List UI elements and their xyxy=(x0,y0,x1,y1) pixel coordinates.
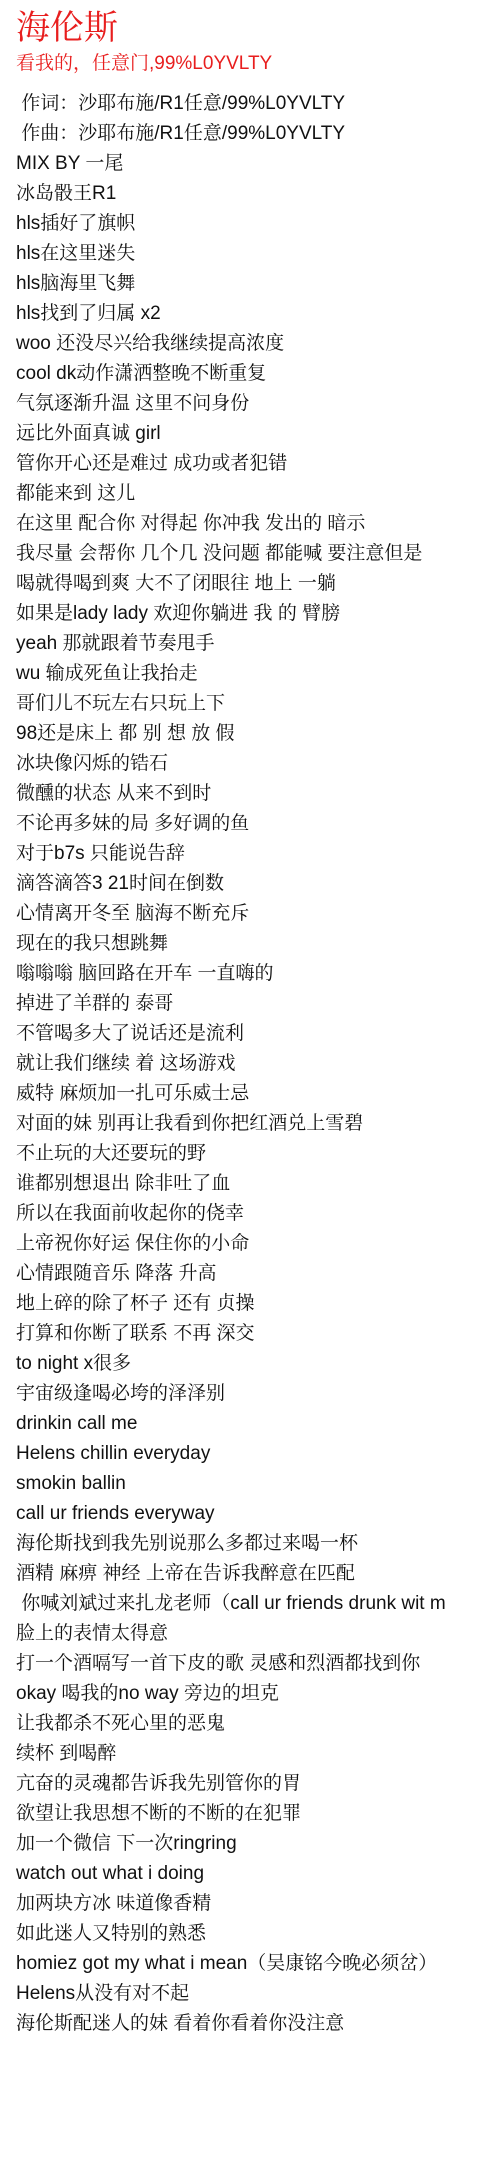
lyric-line: 哥们儿不玩左右只玩上下 xyxy=(16,689,500,719)
lyric-line: 心情离开冬至 脑海不断充斥 xyxy=(16,899,500,929)
lyrics-list: 作词：沙耶布施/R1任意/99%L0YVLTY 作曲：沙耶布施/R1任意/99%… xyxy=(16,89,500,2039)
lyric-line: 作词：沙耶布施/R1任意/99%L0YVLTY xyxy=(16,89,500,119)
lyric-line: 不管喝多大了说话还是流利 xyxy=(16,1019,500,1049)
lyric-line: 谁都别想退出 除非吐了血 xyxy=(16,1169,500,1199)
lyric-line: homiez got my what i mean（吴康铭今晚必须岔） xyxy=(16,1949,500,1979)
lyric-line: 威特 麻烦加一扎可乐威士忌 xyxy=(16,1079,500,1109)
lyric-line: 我尽量 会帮你 几个几 没问题 都能喊 要注意但是 xyxy=(16,539,500,569)
lyric-line: smokin ballin xyxy=(16,1469,500,1499)
lyric-line: 亢奋的灵魂都告诉我先别管你的胃 xyxy=(16,1769,500,1799)
lyric-line: 现在的我只想跳舞 xyxy=(16,929,500,959)
lyric-line: to night x很多 xyxy=(16,1349,500,1379)
lyric-line: 管你开心还是难过 成功或者犯错 xyxy=(16,449,500,479)
lyric-line: 作曲：沙耶布施/R1任意/99%L0YVLTY xyxy=(16,119,500,149)
lyric-line: 微醺的状态 从来不到时 xyxy=(16,779,500,809)
lyric-line: Helens chillin everyday xyxy=(16,1439,500,1469)
lyric-line: hls插好了旗帜 xyxy=(16,209,500,239)
lyric-line: 不止玩的大还要玩的野 xyxy=(16,1139,500,1169)
lyric-line: 打一个酒嗝写一首下皮的歌 灵感和烈酒都找到你 xyxy=(16,1649,500,1679)
lyric-line: 远比外面真诚 girl xyxy=(16,419,500,449)
lyric-line: cool dk动作潇洒整晚不断重复 xyxy=(16,359,500,389)
lyric-line: 上帝祝你好运 保住你的小命 xyxy=(16,1229,500,1259)
lyric-line: hls找到了归属 x2 xyxy=(16,299,500,329)
lyric-line: 让我都杀不死心里的恶鬼 xyxy=(16,1709,500,1739)
lyric-line: call ur friends everyway xyxy=(16,1499,500,1529)
lyric-line: 海伦斯找到我先别说那么多都过来喝一杯 xyxy=(16,1529,500,1559)
lyric-line: 打算和你断了联系 不再 深交 xyxy=(16,1319,500,1349)
lyric-line: 加一个微信 下一次ringring xyxy=(16,1829,500,1859)
lyric-line: woo 还没尽兴给我继续提高浓度 xyxy=(16,329,500,359)
lyric-line: 98还是床上 都 别 想 放 假 xyxy=(16,719,500,749)
lyric-line: hls脑海里飞舞 xyxy=(16,269,500,299)
lyric-line: 掉进了羊群的 泰哥 xyxy=(16,989,500,1019)
lyric-line: 对面的妹 别再让我看到你把红酒兑上雪碧 xyxy=(16,1109,500,1139)
lyric-line: 心情跟随音乐 降落 升高 xyxy=(16,1259,500,1289)
lyric-line: 所以在我面前收起你的侥幸 xyxy=(16,1199,500,1229)
lyric-line: 不论再多妹的局 多好调的鱼 xyxy=(16,809,500,839)
lyric-line: 加两块方冰 味道像香精 xyxy=(16,1889,500,1919)
lyric-line: 就让我们继续 着 这场游戏 xyxy=(16,1049,500,1079)
lyric-line: yeah 那就跟着节奏甩手 xyxy=(16,629,500,659)
lyric-line: 宇宙级逢喝必垮的泽泽别 xyxy=(16,1379,500,1409)
lyric-line: okay 喝我的no way 旁边的坦克 xyxy=(16,1679,500,1709)
lyric-line: 喝就得喝到爽 大不了闭眼往 地上 一躺 xyxy=(16,569,500,599)
lyric-line: MIX BY 一尾 xyxy=(16,149,500,179)
lyric-line: 欲望让我思想不断的不断的在犯罪 xyxy=(16,1799,500,1829)
lyric-line: 在这里 配合你 对得起 你冲我 发出的 暗示 xyxy=(16,509,500,539)
lyric-line: 冰岛骰王R1 xyxy=(16,179,500,209)
lyric-line: 脸上的表情太得意 xyxy=(16,1619,500,1649)
lyric-line: 如此迷人又特别的熟悉 xyxy=(16,1919,500,1949)
lyric-line: 地上碎的除了杯子 还有 贞操 xyxy=(16,1289,500,1319)
song-title: 海伦斯 xyxy=(16,6,500,50)
lyric-line: watch out what i doing xyxy=(16,1859,500,1889)
lyric-line: 都能来到 这儿 xyxy=(16,479,500,509)
lyric-line: wu 输成死鱼让我抬走 xyxy=(16,659,500,689)
lyric-line: 酒精 麻痹 神经 上帝在告诉我醉意在匹配 xyxy=(16,1559,500,1589)
lyric-line: 气氛逐渐升温 这里不问身份 xyxy=(16,389,500,419)
lyric-line: 海伦斯配迷人的妹 看着你看着你没注意 xyxy=(16,2009,500,2039)
lyric-line: 滴答滴答3 21时间在倒数 xyxy=(16,869,500,899)
song-subtitle: 看我的，任意门,99%L0YVLTY xyxy=(16,50,500,77)
lyrics-page: 海伦斯 看我的，任意门,99%L0YVLTY 作词：沙耶布施/R1任意/99%L… xyxy=(0,0,500,2039)
lyric-line: 对于b7s 只能说告辞 xyxy=(16,839,500,869)
lyric-line: 如果是lady lady 欢迎你躺进 我 的 臂膀 xyxy=(16,599,500,629)
lyric-line: 续杯 到喝醉 xyxy=(16,1739,500,1769)
lyric-line: 冰块像闪烁的锆石 xyxy=(16,749,500,779)
lyric-line: hls在这里迷失 xyxy=(16,239,500,269)
lyric-line: Helens从没有对不起 xyxy=(16,1979,500,2009)
lyric-line: drinkin call me xyxy=(16,1409,500,1439)
lyric-line: 嗡嗡嗡 脑回路在开车 一直嗨的 xyxy=(16,959,500,989)
lyric-line: 你喊刘斌过来扎龙老师（call ur friends drunk wit m xyxy=(16,1589,500,1619)
